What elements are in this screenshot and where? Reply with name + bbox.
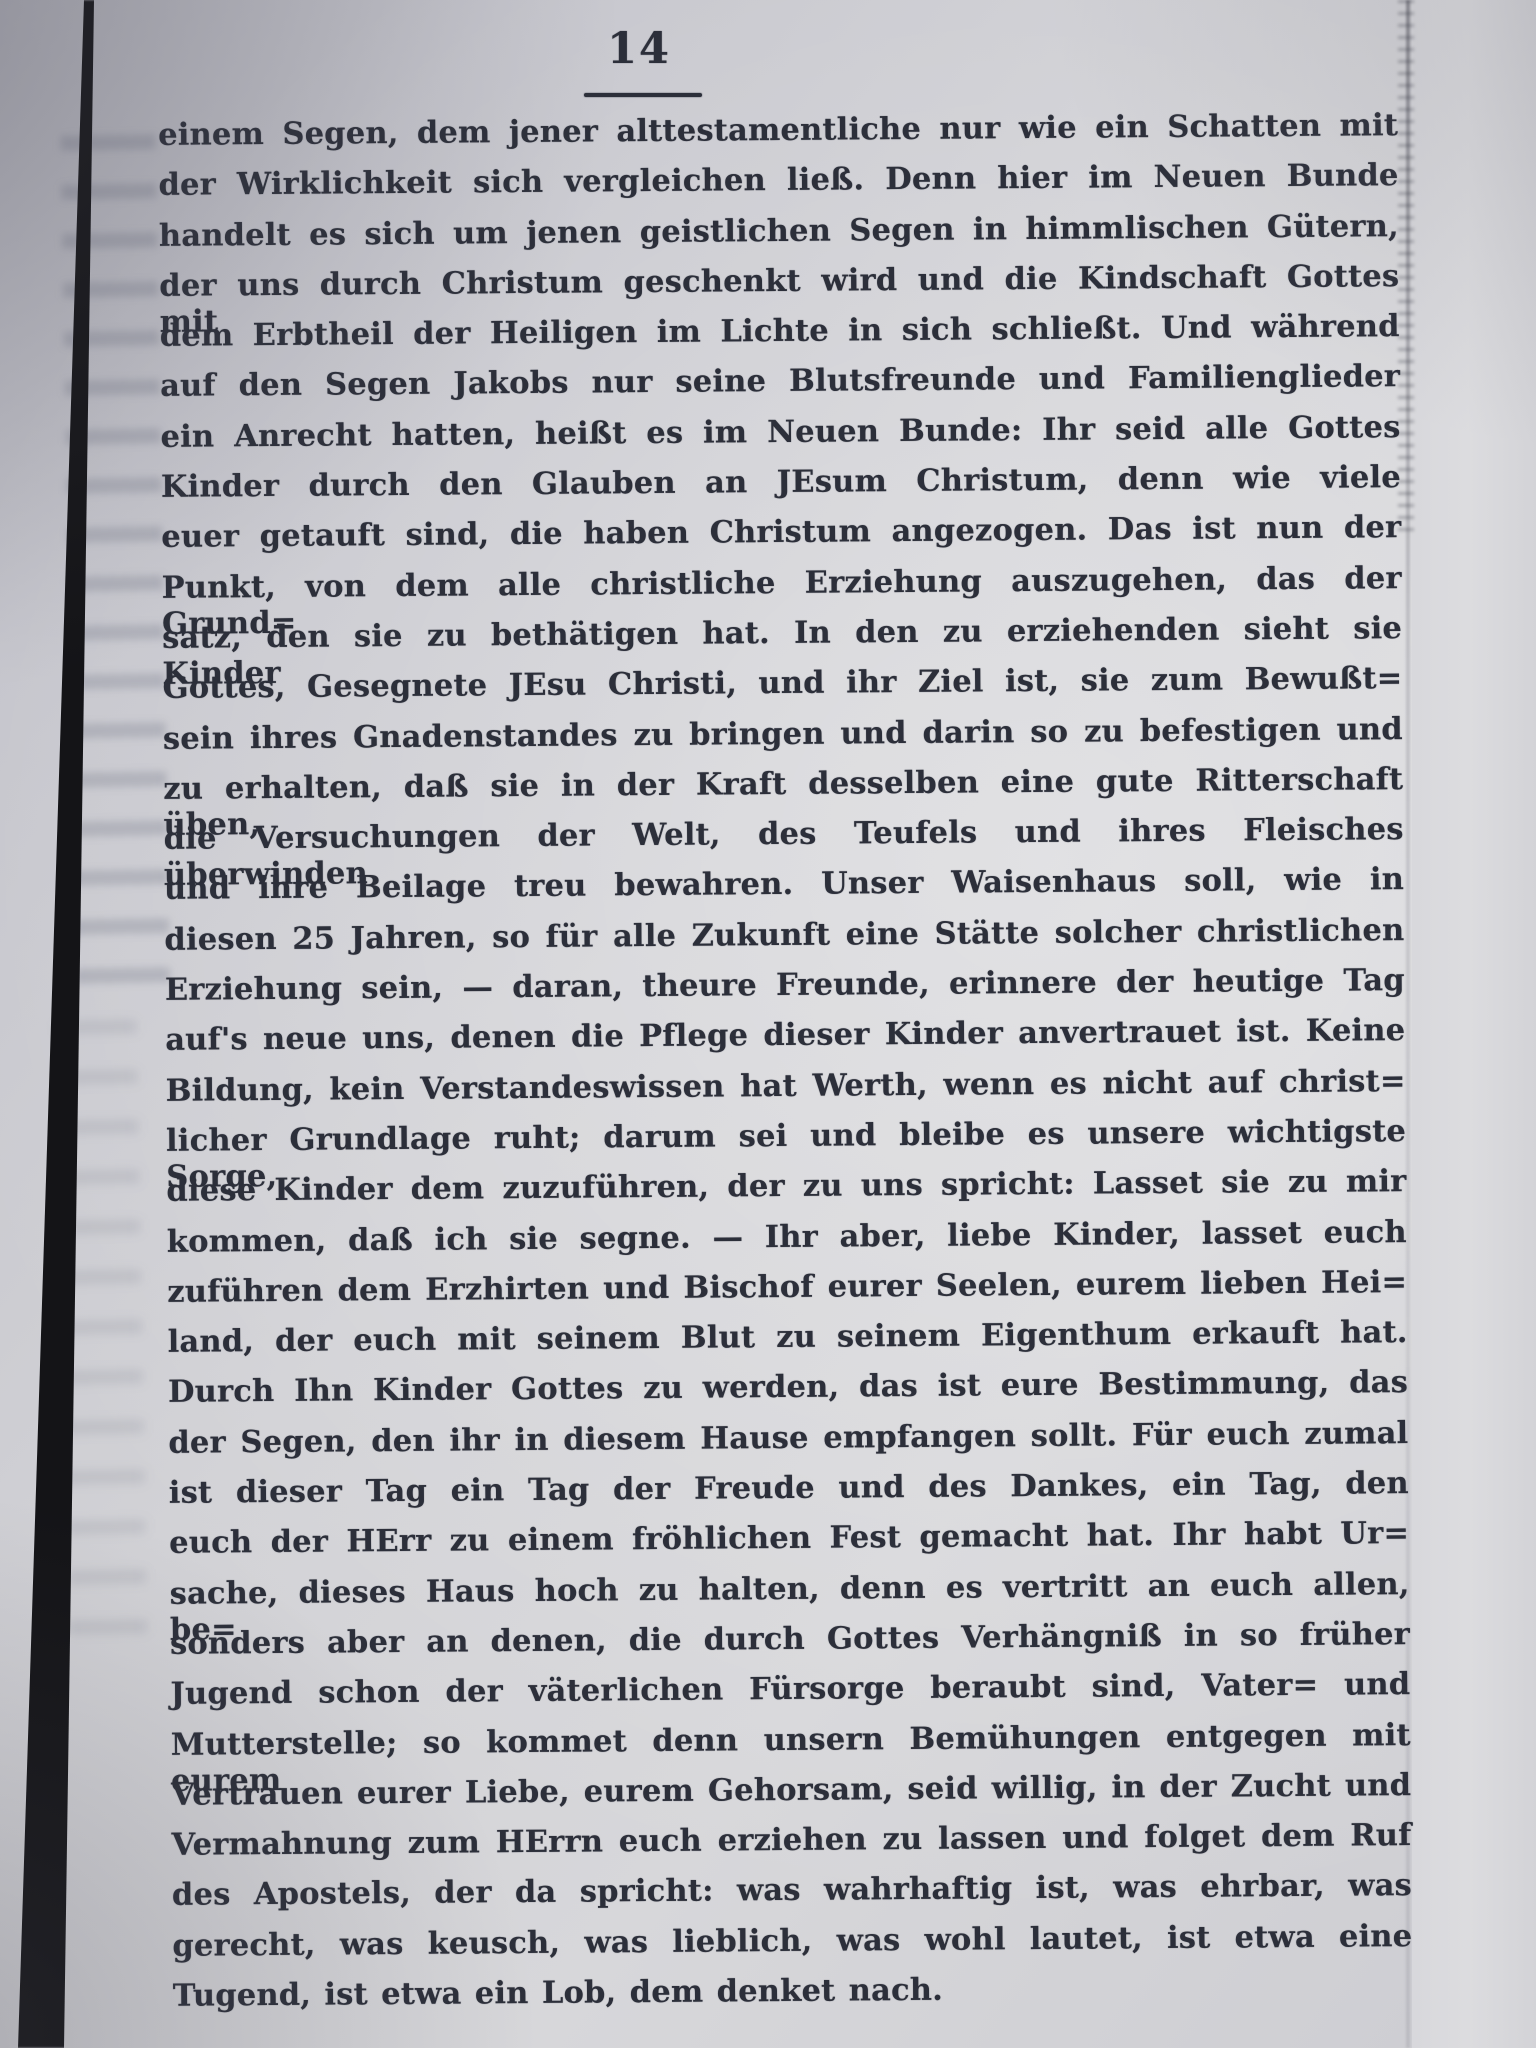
page-text-block: einem Segen, dem jener alttestamentliche…	[158, 107, 1413, 2028]
text-line-38: Tugend, ist etwa ein Lob, dem denket nac…	[173, 1968, 1413, 2028]
scanned-book-page: 14 einem Segen, dem jener alttestamentli…	[0, 0, 1536, 2048]
next-page-edge	[1412, 0, 1536, 2048]
page-number: 14	[553, 24, 725, 74]
page-number-rule	[584, 93, 702, 97]
